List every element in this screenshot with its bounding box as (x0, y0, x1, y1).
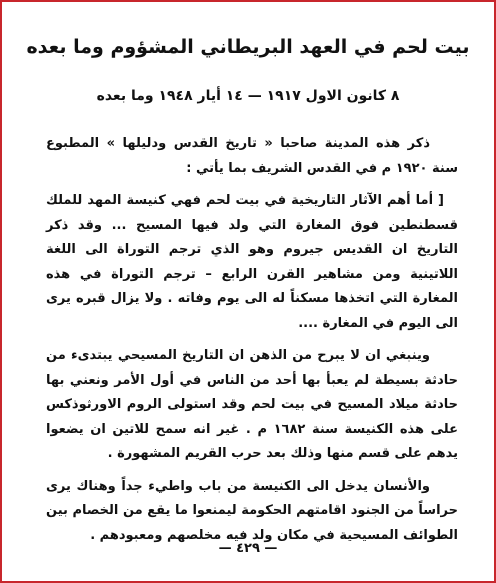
book-page: بيت لحم في العهد البريطاني المشؤوم وما ب… (0, 0, 496, 583)
body-text: ذكر هذه المدينة صاحبا « تاريخ القدس ودلي… (46, 132, 458, 548)
paragraph-history: وينبغي ان لا يبرح من الذهن ان التاريخ ال… (46, 344, 458, 467)
paragraph-intro: ذكر هذه المدينة صاحبا « تاريخ القدس ودلي… (46, 132, 458, 181)
chapter-subtitle-dates: ٨ كانون الاول ١٩١٧ — ١٤ أيار ١٩٤٨ وما بع… (2, 86, 494, 106)
paragraph-quote: [ أما أهم الآثار التاريخية في بيت لحم فه… (46, 189, 458, 336)
paragraph-church-entry: والأنسان يدخل الى الكنيسة من باب واطيء ج… (46, 475, 458, 549)
page-number: — ٤٢٩ — (2, 540, 494, 558)
chapter-title: بيت لحم في العهد البريطاني المشؤوم وما ب… (2, 34, 494, 60)
